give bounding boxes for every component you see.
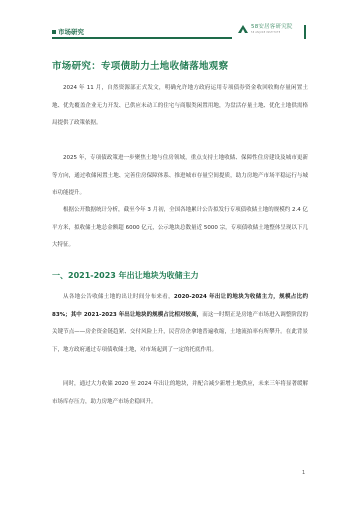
section-paragraph-1-text-a: 从各地公告收储土地的出让时间分布来看， [63, 294, 174, 300]
header-divider [52, 37, 232, 39]
logo-triangle-icon [238, 25, 248, 33]
logo-text: 58安居客研究院 58 ANJUKE INSTITUTE [251, 25, 293, 34]
section-paragraph-2: 同时，通过大力收储 2020 至 2024 年出让的地块，并配合减少新增土地供应… [52, 376, 308, 411]
logo-subtitle: 58 ANJUKE INSTITUTE [251, 32, 293, 34]
paragraph-3: 根据公开数据统计分析，截至今年 3 月初，全国各地累计公告拟发行专项债收储土地的… [52, 202, 308, 255]
paragraph-2: 2025 年，专项债政策进一步聚焦土地与住房领域，重点支持土地收储、保障性住房建… [52, 150, 308, 203]
page-header: 市场研究 58安居客研究院 58 ANJUKE INSTITUTE [52, 25, 308, 41]
square-bullet-icon [52, 30, 56, 34]
logo: 58安居客研究院 58 ANJUKE INSTITUTE [238, 25, 293, 34]
logo-name: 58安居客研究院 [251, 25, 293, 31]
section-paragraph-1: 从各地公告收储土地的出让时间分布来看，2020-2024 年出让的地块为收储主力… [52, 289, 308, 359]
paragraph-1: 2024 年 11 月，自然资源部正式发文，明确允许地方政府运用专项债券资金收回… [52, 80, 308, 133]
section-tag-label: 市场研究 [58, 27, 84, 36]
page-title: 市场研究：专项债助力土地收储落地观察 [52, 58, 228, 72]
section-tag: 市场研究 [52, 27, 84, 36]
section-heading: 一、2021-2023 年出让地块为收储主力 [52, 270, 199, 281]
logo-bar-divider [304, 25, 306, 39]
page-number: 1 [302, 470, 305, 476]
